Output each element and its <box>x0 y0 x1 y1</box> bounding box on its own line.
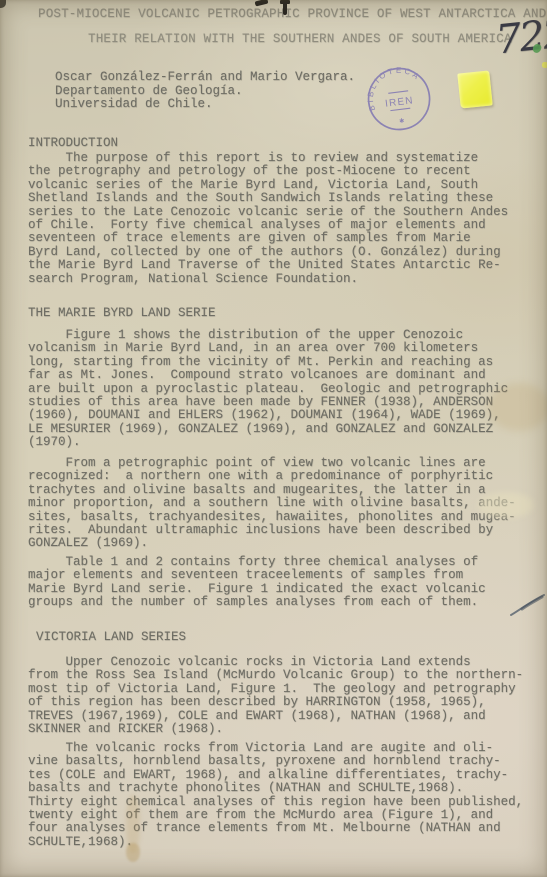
yellow-speck <box>542 62 547 68</box>
stamp-star: ✱ <box>399 117 405 127</box>
paragraph: From a petrographic point of view two vo… <box>28 457 516 551</box>
stamp-center-text: IREN <box>385 95 415 109</box>
document-title-line-1: POST-MIOCENE VOLCANIC PETROGRAPHIC PROVI… <box>38 7 546 21</box>
scanned-document-page: POST-MIOCENE VOLCANIC PETROGRAPHIC PROVI… <box>0 0 547 877</box>
library-stamp-icon: BIBLIOTECA IREN ✱ <box>360 58 438 139</box>
author-affiliation-block: Oscar González-Ferrán and Mario Vergara.… <box>55 71 355 112</box>
ink-mark <box>280 0 290 4</box>
section-heading-introduction: INTRODUCTION <box>28 137 118 150</box>
ink-mark <box>255 0 269 6</box>
paragraph: Figure 1 shows the distribution of the u… <box>28 329 508 450</box>
section-heading-marie-byrd-land: THE MARIE BYRD LAND SERIE <box>28 307 216 320</box>
pencil-tick-mark <box>508 590 547 620</box>
scan-edge-mark <box>0 0 6 8</box>
paragraph: The volcanic rocks from Victoria Land ar… <box>28 742 523 849</box>
sticky-note <box>457 70 492 108</box>
handwritten-catalog-number: 722 <box>494 10 547 63</box>
document-title-line-2: THEIR RELATION WITH THE SOUTHERN ANDES O… <box>88 32 512 46</box>
section-heading-victoria-land: VICTORIA LAND SERIES <box>36 631 186 644</box>
paragraph: Upper Cenozoic volcanic rocks in Victori… <box>28 656 523 736</box>
paragraph: The purpose of this report is to review … <box>28 152 508 286</box>
paragraph: Table 1 and 2 contains forty three chemi… <box>28 556 486 610</box>
